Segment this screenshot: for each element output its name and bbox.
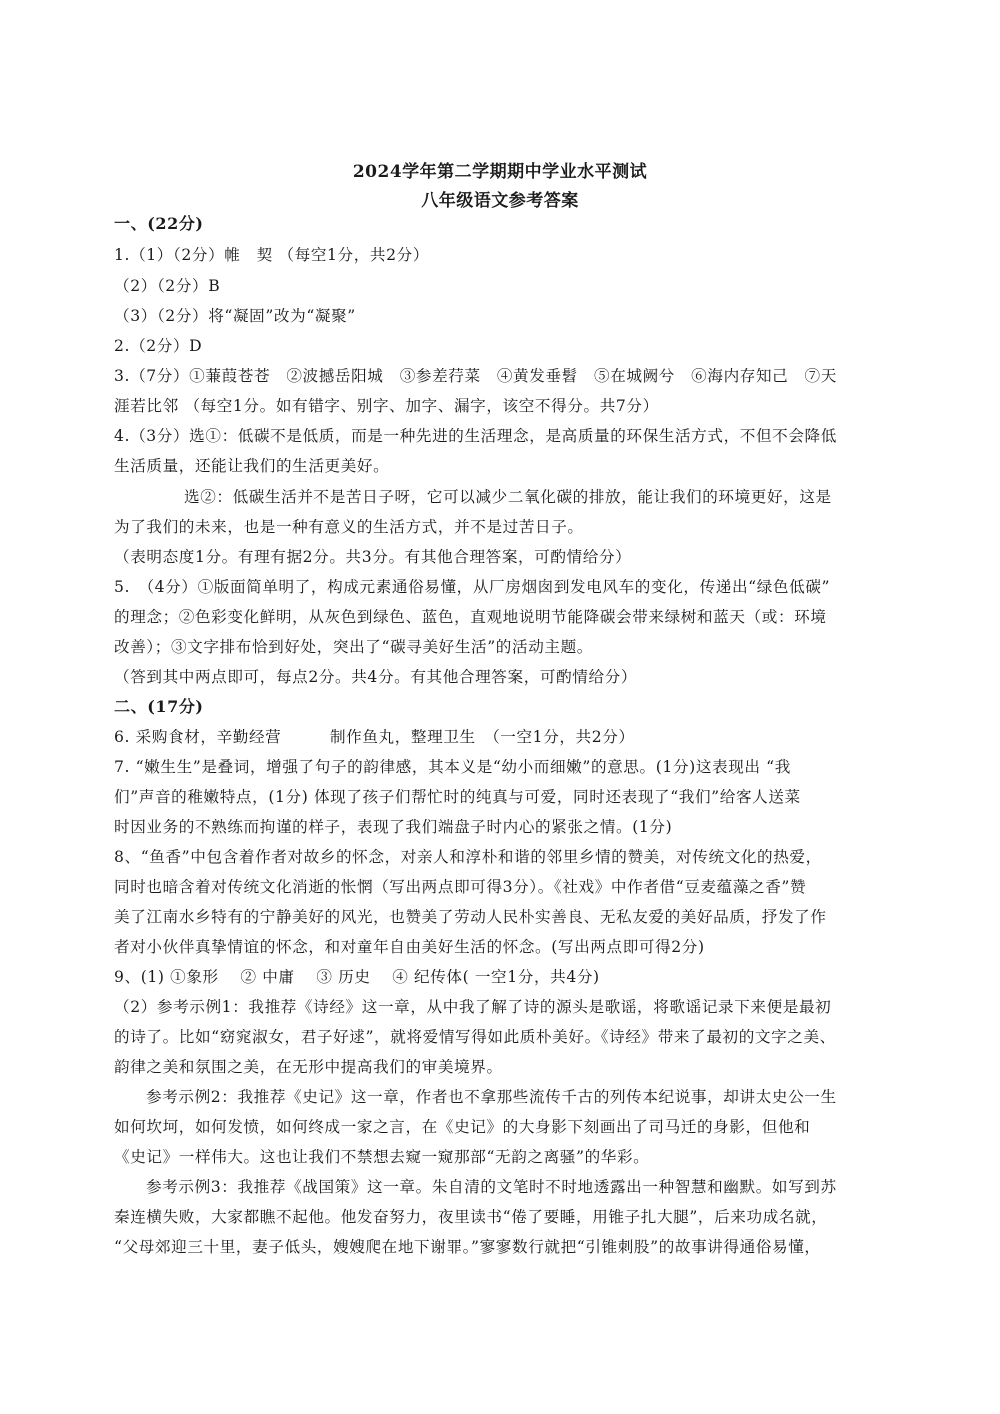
- document-subtitle: 八年级语文参考答案: [0, 186, 1000, 211]
- answer-line: 的诗了。比如“窈窕淑女，君子好逑”，就将爱情写得如此质朴美好。《诗经》带来了最初…: [114, 1027, 836, 1047]
- answer-line: 韵律之美和氛围之美，在无形中提高我们的审美境界。: [114, 1057, 503, 1077]
- answer-line: 4.（3分）选①：低碳不是低质，而是一种先进的生活理念，是高质量的环保生活方式，…: [114, 426, 837, 446]
- answer-line: （2）参考示例1：我推荐《诗经》这一章，从中我了解了诗的源头是歌谣，将歌谣记录下…: [114, 997, 831, 1017]
- answer-line: 涯若比邻 （每空1分。如有错字、别字、加字、漏字，该空不得分。共7分）: [114, 396, 659, 416]
- answer-line: 7. “嫩生生”是叠词，增强了句子的韵律感，其本义是“幼小而细嫩”的意思。(1分…: [114, 757, 791, 777]
- answer-line: （3）（2分）将“凝固”改为“凝聚”: [114, 306, 356, 326]
- document-title: 2024学年第二学期期中学业水平测试: [0, 157, 1000, 182]
- answer-line: 选②：低碳生活并不是苦日子呀，它可以减少二氧化碳的排放，能让我们的环境更好，这是: [184, 487, 832, 507]
- answer-line: 参考示例2：我推荐《史记》这一章，作者也不拿那些流传千古的列传本纪说事，却讲太史…: [146, 1087, 837, 1107]
- section-heading: 二、(17分): [114, 697, 204, 717]
- answer-line: 1.（1）（2分）帷 契 （每空1分，共2分）: [114, 245, 429, 265]
- section-heading: 一、(22分): [114, 214, 204, 234]
- answer-line: （表明态度1分。有理有据2分。共3分。有其他合理答案，可酌情给分）: [114, 547, 631, 567]
- answer-line: 6. 采购食材，辛勤经营 制作鱼丸，整理卫生 （一空1分，共2分）: [114, 727, 635, 747]
- answer-line: 生活质量，还能让我们的生活更美好。: [114, 456, 389, 476]
- answer-line: 时因业务的不熟练而拘谨的样子，表现了我们端盘子时内心的紧张之情。(1分): [114, 817, 672, 837]
- answer-line: 改善）；③文字排布恰到好处，突出了“碳寻美好生活”的活动主题。: [114, 637, 593, 657]
- answer-line: 《史记》一样伟大。这也让我们不禁想去窥一窥那部“无韵之离骚”的华彩。: [114, 1147, 649, 1167]
- answer-line: 3.（7分）①蒹葭苍苍 ②波撼岳阳城 ③参差荇菜 ④黄发垂髫 ⑤在城阙兮 ⑥海内…: [114, 366, 837, 386]
- answer-line: 2.（2分）D: [114, 336, 202, 356]
- answer-line: 9、(1) ①象形 ② 中庸 ③ 历史 ④ 纪传体( 一空1分，共4分): [114, 967, 600, 987]
- answer-line: 8、“鱼香”中包含着作者对故乡的怀念，对亲人和淳朴和谐的邻里乡情的赞美，对传统文…: [114, 847, 822, 867]
- answer-line: 的理念；②色彩变化鲜明，从灰色到绿色、蓝色，直观地说明节能降碳会带来绿树和蓝天（…: [114, 607, 827, 627]
- document-page: 2024学年第二学期期中学业水平测试 八年级语文参考答案 一、(22分)1.（1…: [0, 0, 1000, 1414]
- answer-line: 同时也暗含着对传统文化消逝的怅惘（写出两点即可得3分）。《社戏》中作者借“豆麦蕴…: [114, 877, 806, 897]
- answer-line: 为了我们的未来，也是一种有意义的生活方式，并不是过苦日子。: [114, 517, 584, 537]
- answer-line: 参考示例3：我推荐《战国策》这一章。朱自清的文笔时不时地透露出一种智慧和幽默。如…: [146, 1177, 837, 1197]
- answer-line: 秦连横失败，大家都瞧不起他。他发奋努力，夜里读书“倦了要睡，用锥子扎大腿”，后来…: [114, 1207, 827, 1227]
- answer-line: 如何坎坷，如何发愤，如何终成一家之言，在《史记》的大身影下刻画出了司马迁的身影，…: [114, 1117, 810, 1137]
- answer-line: 美了江南水乡特有的宁静美好的风光，也赞美了劳动人民朴实善良、无私友爱的美好品质，…: [114, 907, 827, 927]
- answer-line: 们”声音的稚嫩特点，(1分) 体现了孩子们帮忙时的纯真与可爱，同时还表现了“我们…: [114, 787, 801, 807]
- answer-line: “父母郊迎三十里，妻子低头，嫂嫂爬在地下谢罪。”寥寥数行就把“引锥刺股”的故事讲…: [114, 1237, 821, 1257]
- answer-line: （答到其中两点即可，每点2分。共4分。有其他合理答案，可酌情给分）: [114, 667, 637, 687]
- answer-line: 者对小伙伴真挚情谊的怀念，和对童年自由美好生活的怀念。(写出两点即可得2分): [114, 937, 705, 957]
- answer-line: （2）（2分）B: [114, 276, 220, 296]
- answer-line: 5. （4分）①版面简单明了，构成元素通俗易懂，从厂房烟囱到发电风车的变化，传递…: [114, 577, 830, 597]
